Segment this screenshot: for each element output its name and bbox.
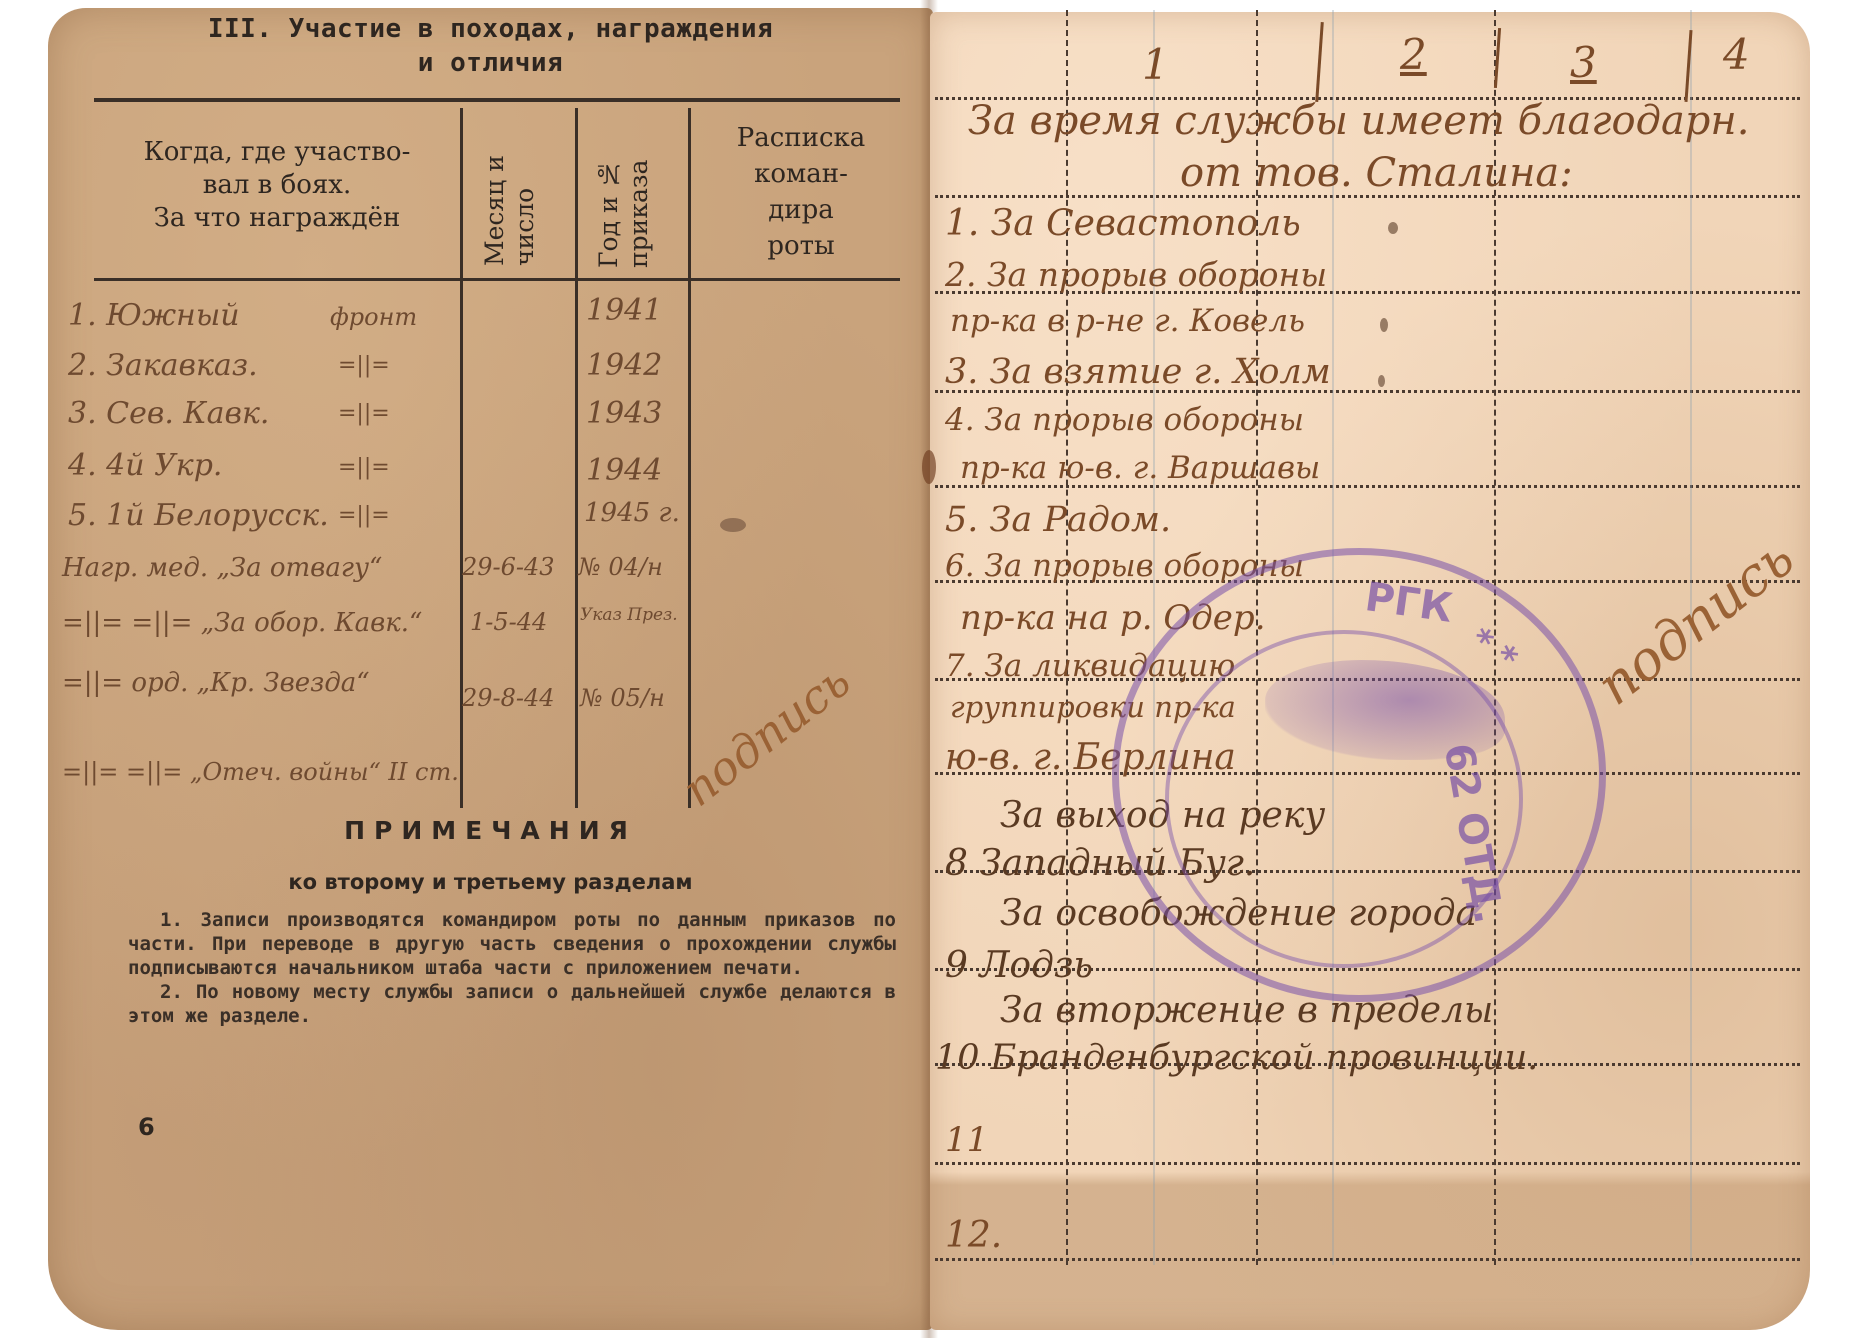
entry: 10 Бранденбургской провинции.	[935, 1038, 1538, 1078]
header-line: дира	[691, 192, 911, 228]
row-3-order: 1943	[586, 396, 662, 431]
entry: 3. За взятие г. Холм	[945, 352, 1331, 392]
entry: пр-ка в р-не г. Ковель	[950, 303, 1305, 339]
row-5-ditto: =||=	[338, 503, 390, 528]
row-9-text: =||= =||= „Отеч. войны“ II ст.	[62, 758, 459, 786]
note-2: 2. По новому месту службы записи о дальн…	[128, 980, 896, 1028]
header-line: Расписка	[691, 120, 911, 156]
row-8-date: 29-8-44	[462, 684, 555, 712]
header-order-year: Год и № приказа	[594, 118, 666, 268]
row-3-text: 3. Сев. Кавк.	[68, 396, 269, 431]
entry: 9 Лодзь	[945, 945, 1093, 986]
thanks-heading-line2: от тов. Сталина:	[1180, 150, 1573, 196]
entry: пр-ка на р. Одер.	[960, 598, 1266, 638]
row-7-date: 1-5-44	[470, 608, 547, 636]
row-8-order: № 05/н	[580, 684, 665, 712]
header-month-day: Месяц и число	[480, 126, 552, 266]
column-number-4: 4	[1723, 30, 1750, 79]
entry: За вторжение в пределы	[1000, 990, 1493, 1031]
row-4-order: 1944	[586, 453, 662, 488]
ink-blot	[1380, 318, 1388, 332]
notes-subtitle: ко второму и третьему разделам	[48, 870, 933, 894]
ink-blot	[720, 518, 746, 532]
row-4-ditto: =||=	[338, 455, 390, 480]
header-commander-receipt: Расписка коман- дира роты	[691, 120, 911, 264]
row-6-order: № 04/н	[578, 553, 663, 581]
row-5-order: 1945 г.	[584, 498, 680, 528]
thanks-heading-line1: За время службы имеет благодарн.	[968, 98, 1749, 144]
ink-blot	[1388, 222, 1398, 234]
ink-blot	[1378, 375, 1385, 387]
header-line: Когда, где участво-	[94, 136, 460, 169]
row-2-order: 1942	[586, 348, 662, 383]
notes-title: ПРИМЕЧАНИЯ	[48, 816, 933, 845]
entry: 1. За Севастополь	[945, 203, 1301, 244]
page-number: 6	[138, 1113, 155, 1141]
row-2-ditto: =||=	[338, 353, 390, 378]
table-top-rule	[94, 98, 900, 102]
entry: 7. За ликвидацию	[945, 648, 1235, 684]
row-1-order: 1941	[586, 293, 662, 328]
section-title-line2: и отличия	[48, 46, 933, 80]
header-line: коман-	[691, 156, 911, 192]
column-number-1: 1	[1142, 40, 1169, 89]
row-4-text: 4. 4й Укр.	[68, 448, 222, 483]
header-when-where: Когда, где участво- вал в боях. За что н…	[94, 136, 460, 235]
column-number-3: 3	[1570, 38, 1597, 87]
row-1-text: 1. Южный	[68, 298, 240, 333]
row-number-12: 12.	[945, 1215, 1002, 1256]
header-line: роты	[691, 228, 911, 264]
row-1-ditto: фронт	[330, 303, 417, 331]
entry: 2. За прорыв обороны	[945, 255, 1327, 294]
entry: 5. За Радом.	[945, 500, 1171, 540]
notes-body: 1. Записи производятся командиром роты п…	[128, 908, 896, 1028]
note-1: 1. Записи производятся командиром роты п…	[128, 908, 896, 980]
left-page: III. Участие в походах, награждения и от…	[48, 8, 933, 1330]
row-2-text: 2. Закавказ.	[68, 348, 258, 383]
row-7-order: Указ През.	[580, 604, 680, 626]
header-line: За что награждён	[94, 202, 460, 235]
entry: 6. За прорыв обороны	[945, 548, 1304, 584]
column-divider-2	[575, 108, 578, 808]
entry: 4. За прорыв обороны	[945, 402, 1304, 438]
row-6-date: 29-6-43	[462, 553, 555, 581]
ink-blot	[922, 450, 936, 484]
row-5-text: 5. 1й Белорусск.	[68, 498, 329, 533]
row-8-text: =||= орд. „Кр. Звезда“	[62, 668, 370, 698]
header-line: вал в боях.	[94, 169, 460, 202]
column-number-2: 2	[1400, 30, 1427, 79]
section-title: III. Участие в походах, награждения и от…	[48, 12, 933, 80]
row-6-text: Нагр. мед. „За отвагу“	[62, 553, 382, 583]
commander-signature-left: подпись	[672, 653, 860, 817]
entry: пр-ка ю-в. г. Варшавы	[960, 450, 1320, 486]
section-title-line1: III. Участие в походах, награждения	[48, 12, 933, 46]
row-3-ditto: =||=	[338, 401, 390, 426]
grid-line	[935, 1162, 1800, 1165]
grid-line	[935, 1258, 1800, 1261]
table-header-bottom-rule	[94, 278, 900, 281]
row-number-11: 11	[945, 1120, 988, 1160]
row-7-text: =||= =||= „За обор. Кавк.“	[62, 608, 422, 638]
